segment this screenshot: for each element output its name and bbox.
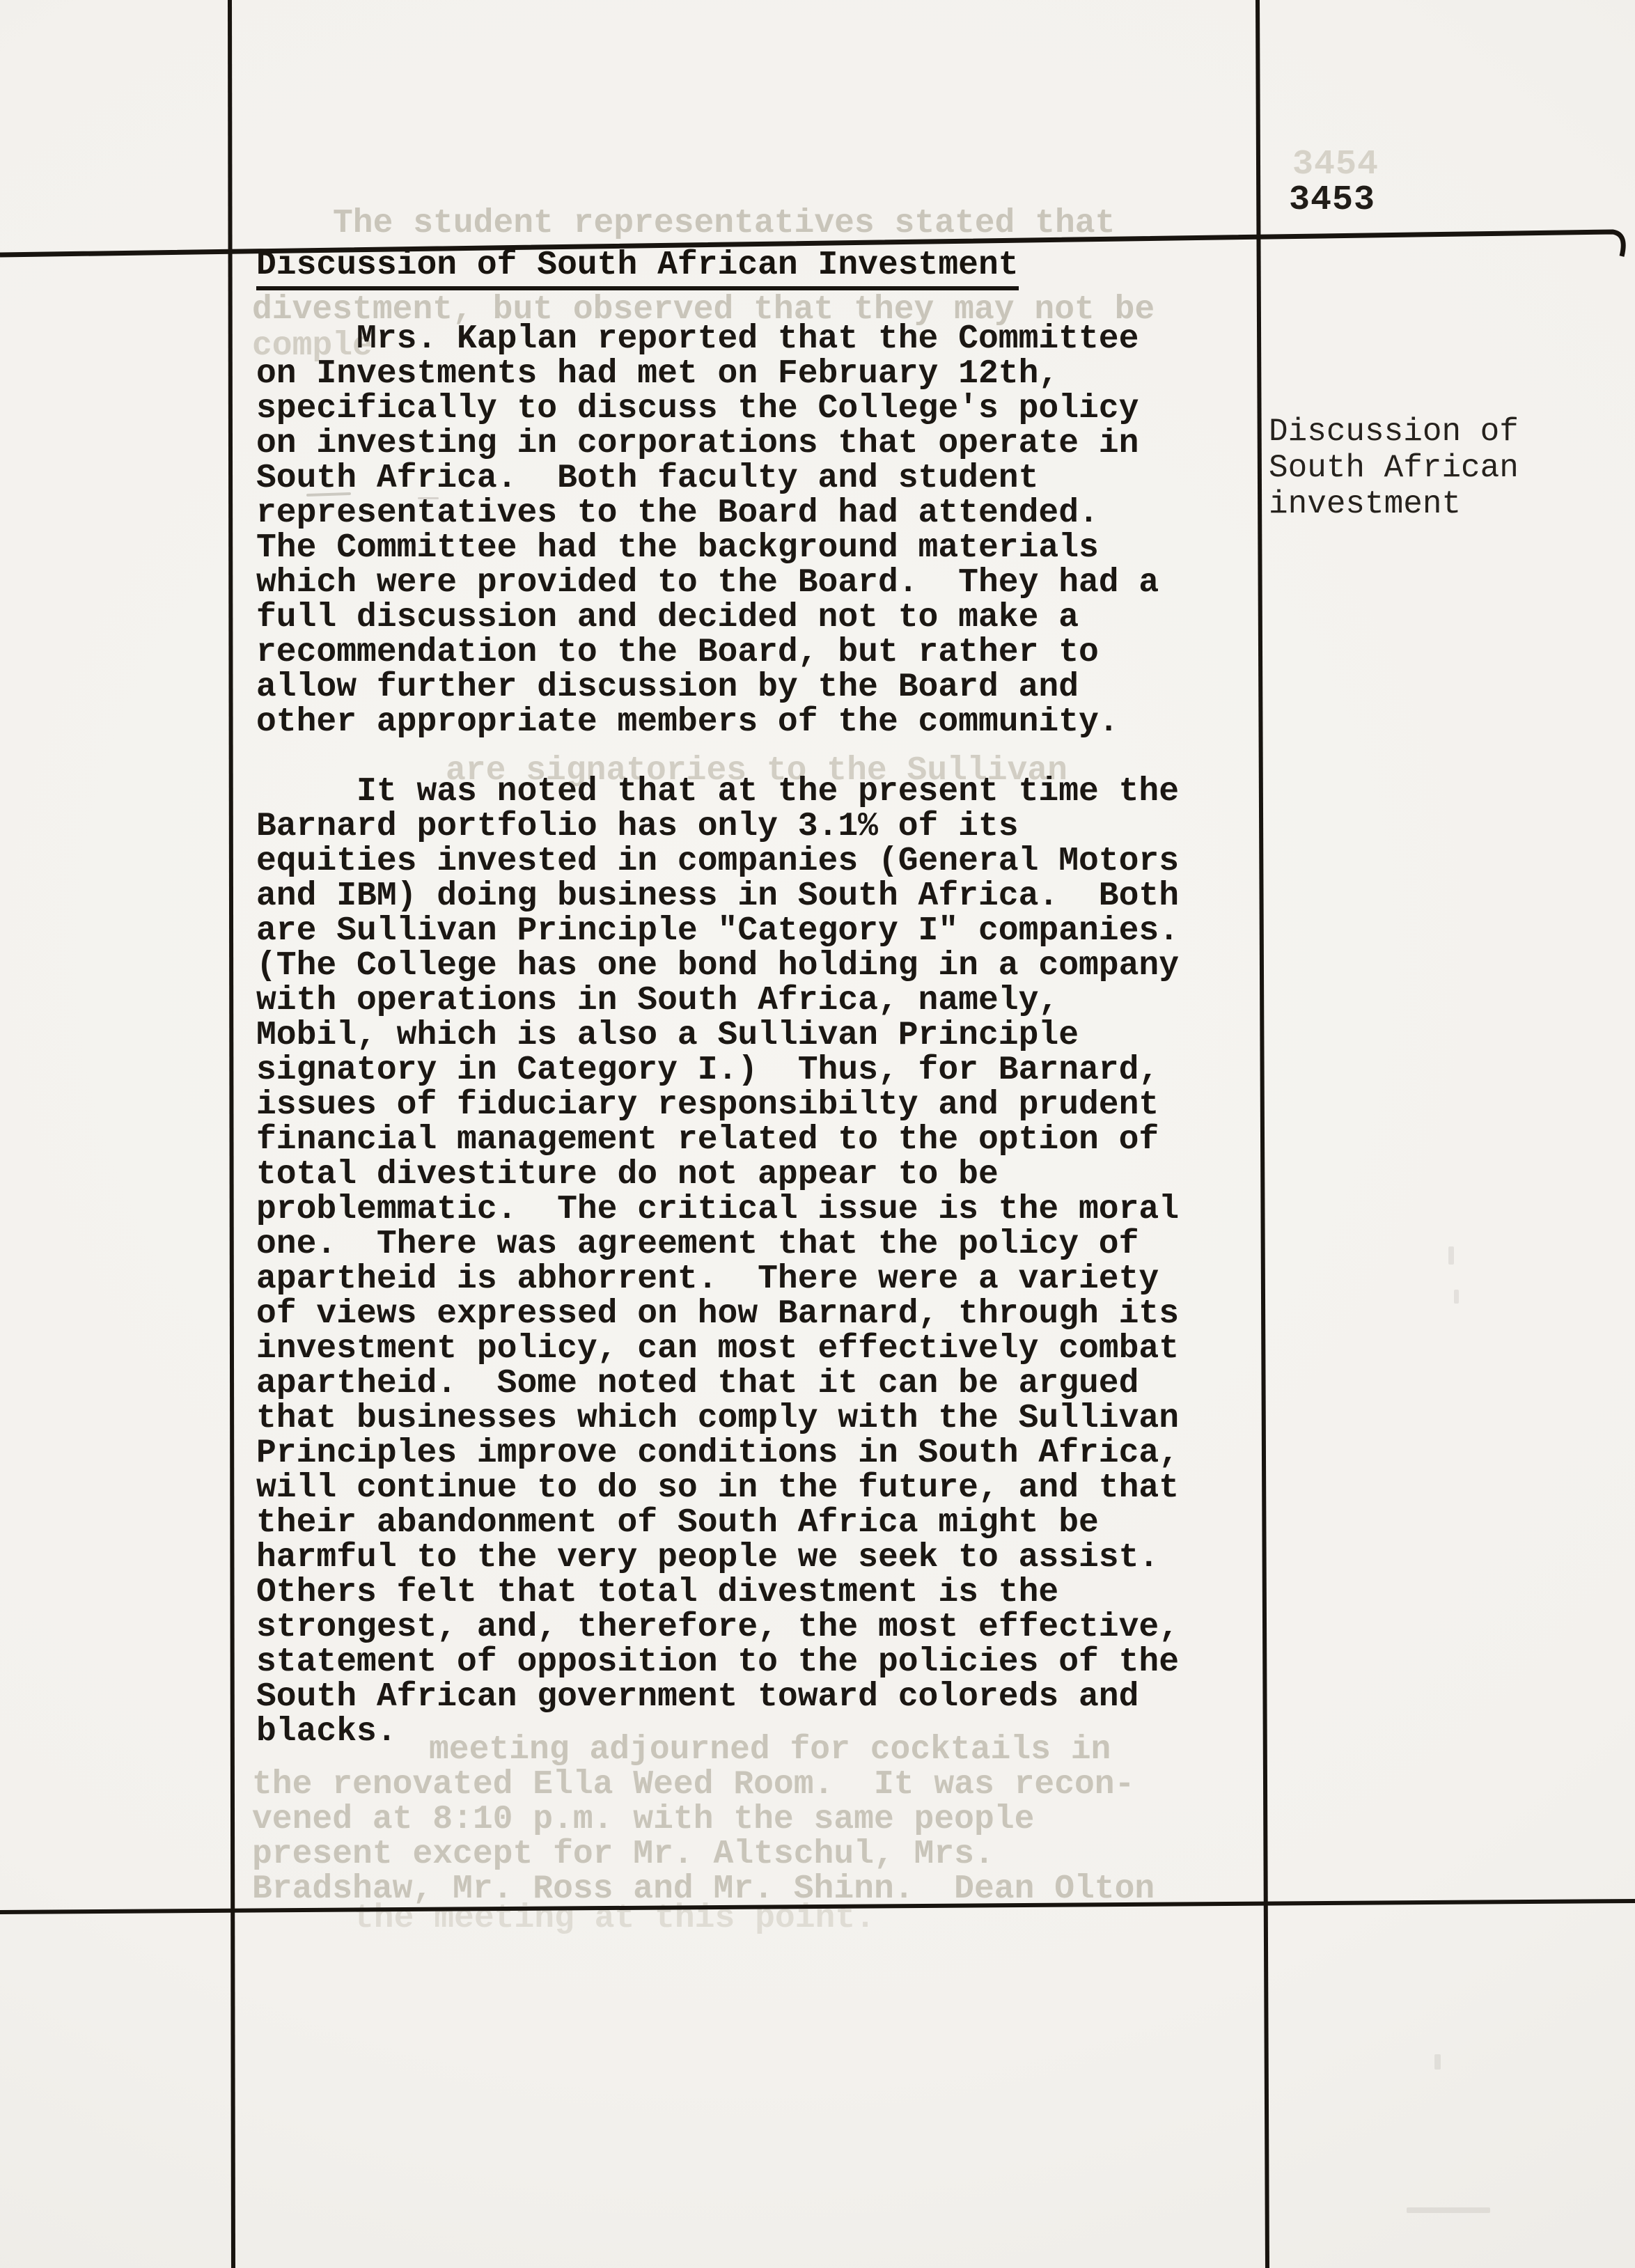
left-vertical-rule (230, 0, 233, 2268)
paragraph-1: Mrs. Kaplan reported that the Committee … (256, 322, 1179, 740)
page-number: 3453 (1289, 182, 1375, 219)
right-vertical-rule (1258, 0, 1267, 2268)
scanned-document-page: The student representatives stated that … (0, 0, 1635, 2268)
bottom-horizontal-rule (0, 1901, 1635, 1912)
margin-note: Discussion of South African investment (1269, 414, 1519, 522)
paragraph-2: It was noted that at the present time th… (256, 774, 1179, 1749)
body-text-column: Mrs. Kaplan reported that the Committee … (256, 322, 1179, 1749)
section-heading: Discussion of South African Investment (256, 248, 1019, 290)
